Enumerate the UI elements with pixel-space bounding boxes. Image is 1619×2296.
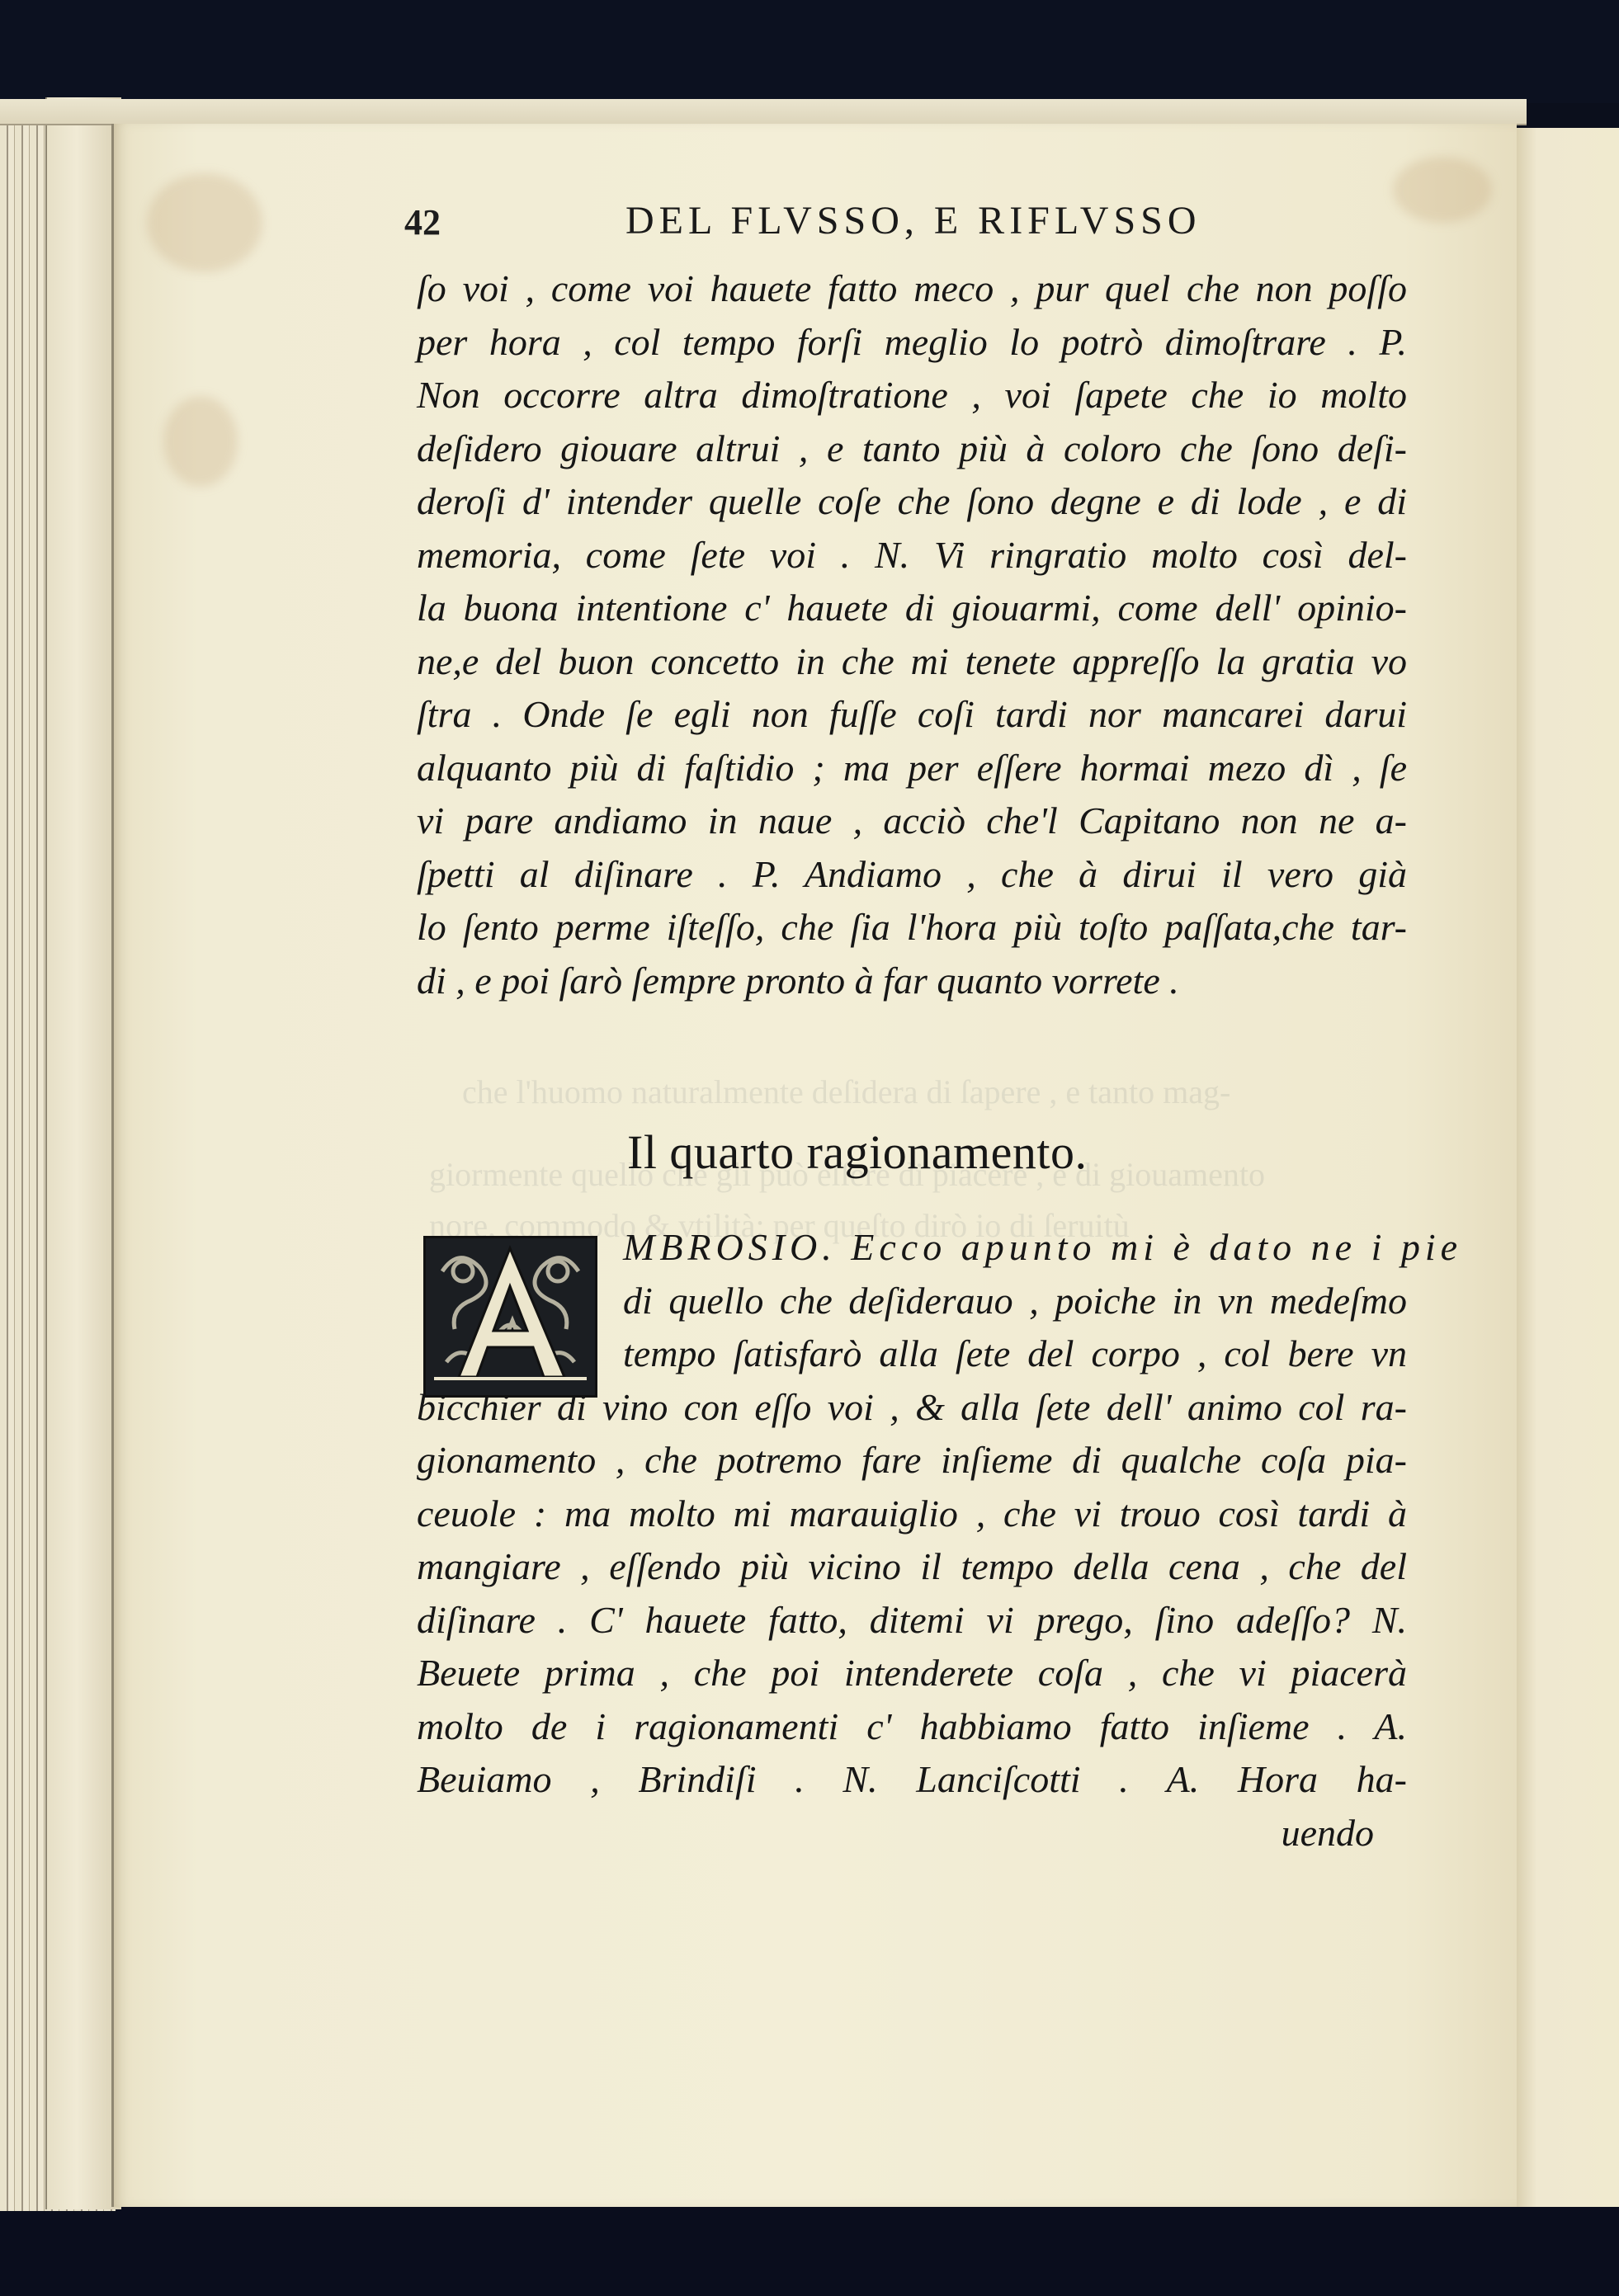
text-line: Non occorre altra dimoſtratione , voi ſa… bbox=[417, 369, 1407, 422]
dark-backdrop-top bbox=[0, 0, 1619, 103]
page-number: 42 bbox=[404, 201, 441, 243]
text-line: Beuete prima , che poi intenderete coſa … bbox=[417, 1647, 1407, 1700]
text-line: diſinare . C' hauete fatto, ditemi vi pr… bbox=[417, 1594, 1407, 1648]
text-line: memoria, come ſete voi . N. Vi ringratio… bbox=[417, 529, 1407, 582]
dark-backdrop-bottom bbox=[0, 2203, 1619, 2296]
page-stack-fold bbox=[45, 97, 121, 2209]
text-line: deſidero giouare altrui , e tanto più à … bbox=[417, 422, 1407, 476]
text-line: di , e poi ſarò ſempre pronto à far quan… bbox=[417, 955, 1407, 1008]
text-line: ceuole : ma molto mi marauiglio , che vi… bbox=[417, 1487, 1407, 1541]
page-header: 42 DEL FLVSSO, E RIFLVSSO bbox=[404, 198, 1477, 248]
chapter-title: Il quarto ragionamento. bbox=[627, 1124, 1088, 1180]
text-line: la buona intentione c' hauete di giouarm… bbox=[417, 582, 1407, 635]
text-line: alquanto più di faſtidio ; ma per eſſere… bbox=[417, 742, 1407, 795]
catchword: uendo bbox=[417, 1807, 1407, 1860]
text-line: ſpetti al diſinare . P. Andiamo , che à … bbox=[417, 848, 1407, 902]
text-line: vi pare andiamo in naue , acciò che'l Ca… bbox=[417, 794, 1407, 848]
text-block-chapter-opening: MBROSIO. Ecco apunto mi è dato ne i pie … bbox=[417, 1221, 1407, 1860]
top-page-edges bbox=[0, 99, 1527, 125]
text-line: Beuiamo , Brindiſi . N. Lanciſcotti . A.… bbox=[417, 1753, 1407, 1807]
text-line: ſtra . Onde ſe egli non fuſſe coſi tardi… bbox=[417, 688, 1407, 742]
foxing-stain bbox=[147, 173, 262, 272]
show-through-line: che l'huomo naturalmente deſidera di ſap… bbox=[462, 1073, 1230, 1111]
text-line: molto de i ragionamenti c' habbiamo fatt… bbox=[417, 1700, 1407, 1754]
running-head: DEL FLVSSO, E RIFLVSSO bbox=[625, 198, 1201, 243]
text-line: per hora , col tempo forſi meglio lo pot… bbox=[417, 316, 1407, 370]
decorated-initial-a-icon bbox=[423, 1236, 597, 1398]
text-line: ne,e del buon concetto in che mi tenete … bbox=[417, 635, 1407, 689]
speaker-name: MBROSIO. Ecco apunto mi è dato ne i pie bbox=[623, 1226, 1462, 1268]
foxing-stain bbox=[163, 396, 238, 487]
text-line: ſo voi , come voi hauete fatto meco , pu… bbox=[417, 262, 1407, 316]
facing-page-edge bbox=[1514, 128, 1619, 2207]
text-line: gionamento , che potremo fare inſieme di… bbox=[417, 1434, 1407, 1487]
text-line: lo ſento perme iſteſſo, che ſia l'hora p… bbox=[417, 901, 1407, 955]
text-block-dialogue: ſo voi , come voi hauete fatto meco , pu… bbox=[417, 262, 1407, 1007]
decorated-initial-glyph bbox=[426, 1238, 595, 1395]
text-line: mangiare , eſſendo più vicino il tempo d… bbox=[417, 1540, 1407, 1594]
text-line: deroſi d' intender quelle coſe che ſono … bbox=[417, 475, 1407, 529]
